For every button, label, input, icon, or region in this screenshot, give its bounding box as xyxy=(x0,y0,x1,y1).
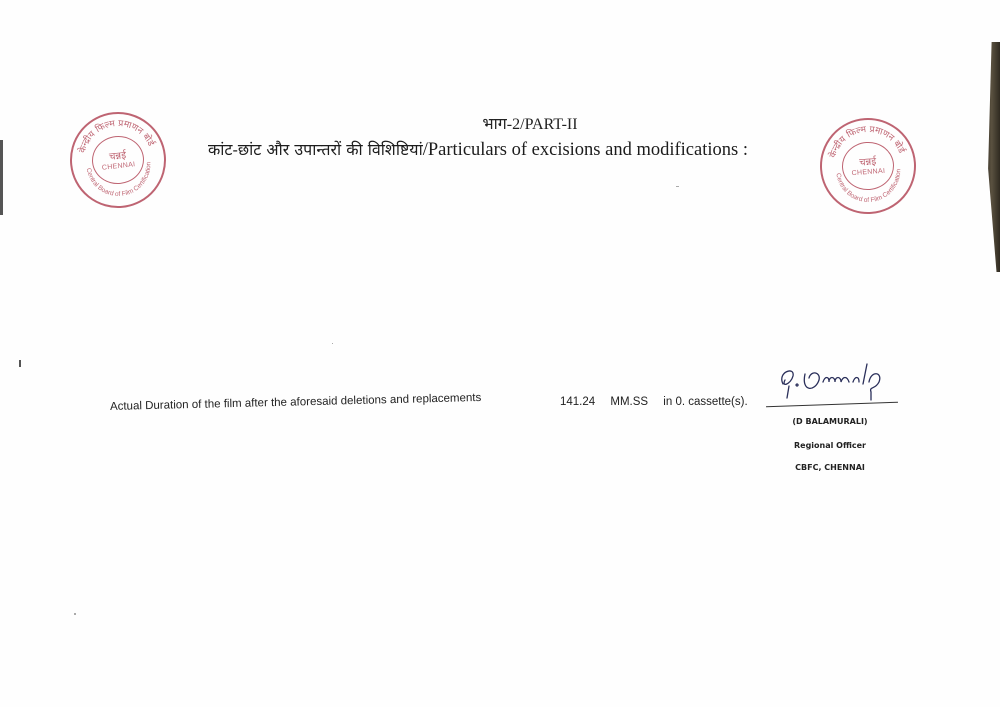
scan-speck xyxy=(676,186,679,187)
signature-icon xyxy=(775,362,895,402)
duration-label: Actual Duration of the film after the af… xyxy=(110,392,482,413)
signatory-title: Regional Officer xyxy=(770,441,890,450)
cassette-count: in 0. cassette(s). xyxy=(663,396,747,408)
signatory-name: (D BALAMURALI) xyxy=(770,417,890,426)
particulars-heading-english: /Particulars of excisions and modificati… xyxy=(423,140,748,160)
particulars-heading: कांट-छांट और उपान्तरों की विशिष्टियां/Pa… xyxy=(208,138,748,161)
particulars-heading-hindi: कांट-छांट और उपान्तरों की विशिष्टियां xyxy=(208,140,423,159)
duration-value-row: 141.24 MM.SS in 0. cassette(s). xyxy=(560,396,760,408)
stamp-center-english: CHENNAI xyxy=(851,167,885,176)
duration-value: 141.24 xyxy=(560,396,595,408)
scan-edge-shadow-left xyxy=(0,140,3,215)
signatory-office: CBFC, CHENNAI xyxy=(770,463,890,472)
scan-speck xyxy=(19,360,21,367)
duration-unit: MM.SS xyxy=(610,396,648,408)
scan-speck xyxy=(332,343,333,344)
signature-line xyxy=(766,402,898,408)
scan-edge-shadow-right xyxy=(986,42,1000,272)
stamp-center-english: CHENNAI xyxy=(102,161,136,171)
scan-speck xyxy=(74,613,76,615)
part-heading: भाग-2/PART-II xyxy=(0,112,1000,134)
document-page: केन्द्रीय फिल्म प्रमाणन बोर्ड Central Bo… xyxy=(0,0,1000,707)
